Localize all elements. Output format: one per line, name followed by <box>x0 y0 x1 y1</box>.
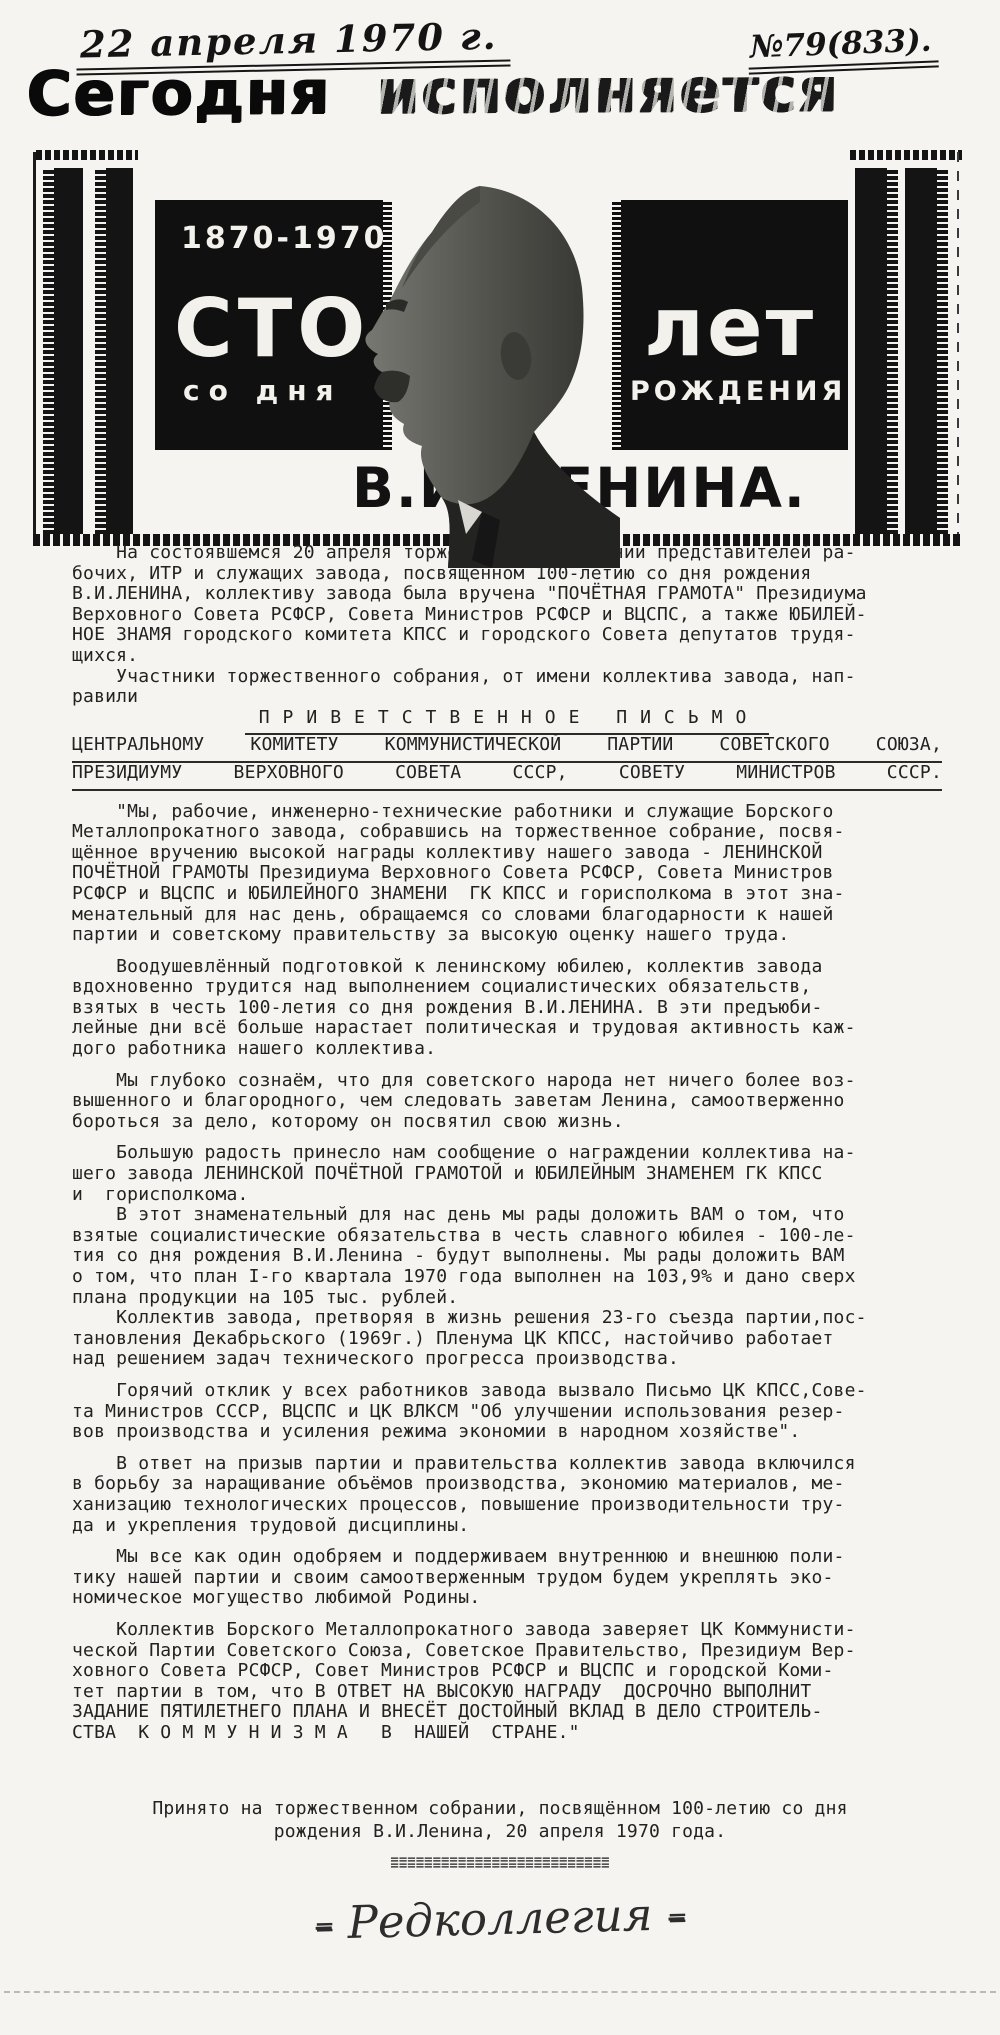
page-headline: Сегодня исполняется <box>26 53 993 129</box>
letter-paragraph: Мы глубоко сознаём, что для советского н… <box>72 1071 942 1133</box>
banner-top-cap-left <box>36 150 138 160</box>
signature-flank-left: = <box>299 1909 348 1945</box>
banner-left-rule <box>33 152 36 540</box>
letter-paragraph: "Мы, рабочие, инженерно-технические рабо… <box>72 802 942 946</box>
editorial-board-signature: =Редколлегия= <box>0 1879 1000 1958</box>
banner-side-stripe <box>95 168 133 534</box>
signature-text: Редколлегия <box>347 1888 653 1949</box>
banner-side-stripe <box>43 168 83 534</box>
lenin-profile-illustration <box>330 180 630 568</box>
letter-paragraph: Воодушевлённый подготовкой к ленинскому … <box>72 957 942 1060</box>
letter-paragraph: В этот знаменательный для нас день мы ра… <box>72 1205 942 1308</box>
typed-divider: ========================== =============… <box>0 1857 1000 1869</box>
banner-rozhdeniya: РОЖДЕНИЯ <box>630 376 846 407</box>
letter-title: ПРИВЕТСТВЕННОЕ ПИСЬМО <box>72 708 942 736</box>
headline-word-2: исполняется <box>375 54 839 127</box>
typewritten-body: На состоявшемся 20 апреля торжественном … <box>72 543 942 1743</box>
letter-paragraph: Мы все как один одобряем и поддерживаем … <box>72 1547 942 1609</box>
bottom-dashed-line <box>4 1991 996 1993</box>
letter-paragraph: Коллектив Борского Металлопрокатного зав… <box>72 1620 942 1744</box>
letter-paragraph: Большую радость принесло нам сообщение о… <box>72 1143 942 1205</box>
letter-paragraph: Горячий отклик у всех работников завода … <box>72 1381 942 1443</box>
banner-so-dnya: со дня <box>183 374 343 407</box>
letter-addressee-1: ЦЕНТРАЛЬНОМУ КОМИТЕТУ КОММУНИСТИЧЕСКОЙ П… <box>72 735 942 763</box>
headline-word-1: Сегодня <box>26 57 331 130</box>
banner-side-stripe <box>855 168 898 534</box>
scanned-bulletin-page: 22 апреля 1970 г. №79(833). Сегодня испо… <box>0 0 1000 2035</box>
letter-paragraph: В ответ на призыв партии и правительства… <box>72 1454 942 1536</box>
banner-right-dashed-rule <box>957 152 959 542</box>
adoption-note: Принято на торжественном собрании, посвя… <box>120 1797 880 1843</box>
banner-top-cap-right <box>850 150 962 160</box>
letter-addressee-2: ПРЕЗИДИУМУ ВЕРХОВНОГО СОВЕТА СССР, СОВЕТ… <box>72 763 942 791</box>
banner-side-stripe <box>905 168 948 534</box>
letter-paragraph: Коллектив завода, претворяя в жизнь реше… <box>72 1308 942 1370</box>
banner-let: лет <box>644 280 816 375</box>
signature-flank-right: = <box>652 1900 701 1936</box>
